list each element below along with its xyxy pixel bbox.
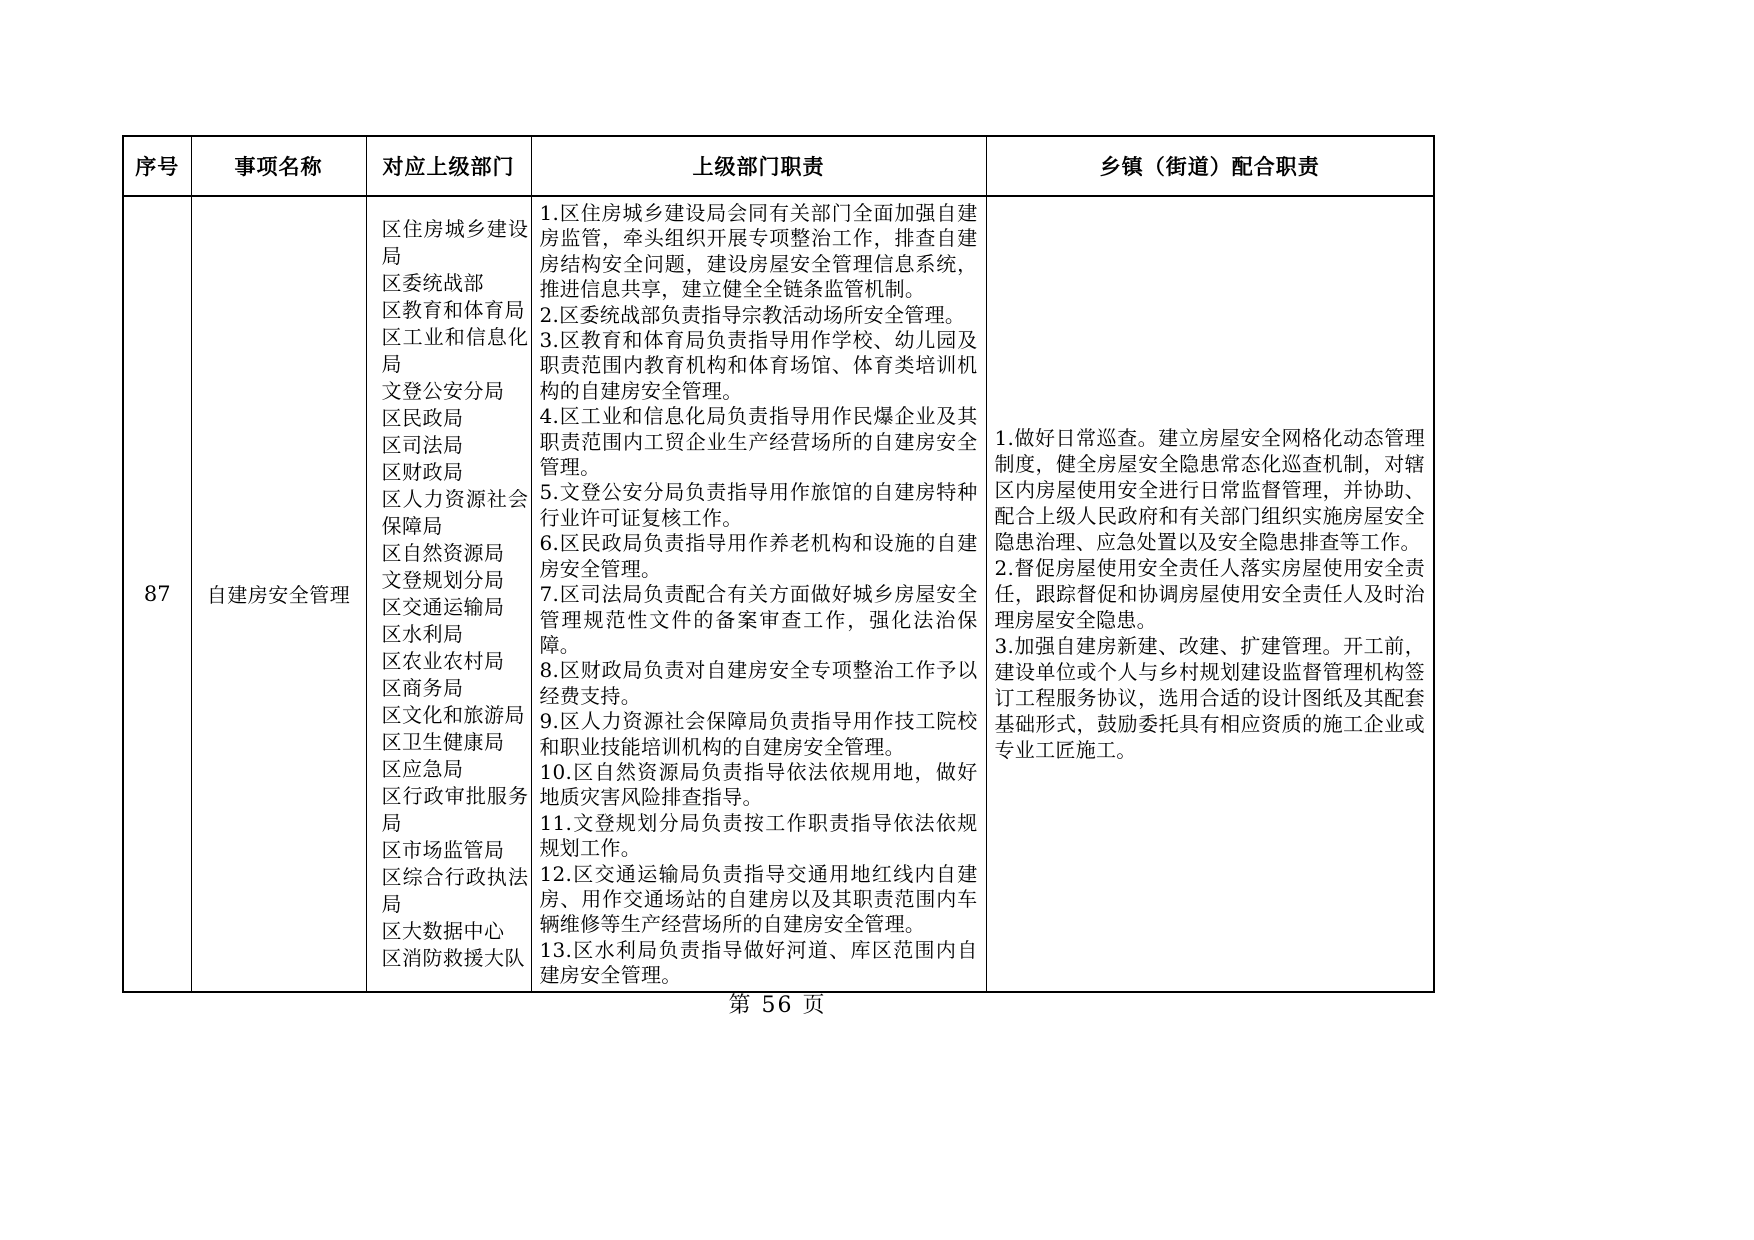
superior-duty-list: 1.区住房城乡建设局会同有关部门全面加强自建房监管，牵头组织开展专项整治工作，排… xyxy=(540,201,978,989)
header-township-duties: 乡镇（街道）配合职责 xyxy=(986,136,1434,196)
department-item: 区行政审批服务局 xyxy=(382,783,529,837)
department-item: 区财政局 xyxy=(382,459,529,486)
township-duty-item: 2.督促房屋使用安全责任人落实房屋使用安全责任，跟踪督促和协调房屋使用安全责任人… xyxy=(995,555,1426,633)
superior-duty-item: 3.区教育和体育局负责指导用作学校、幼儿园及职责范围内教育机构和体育场馆、体育类… xyxy=(540,328,978,404)
superior-duty-item: 11.文登规划分局负责按工作职责指导依法依规规划工作。 xyxy=(540,811,978,862)
header-superior-duties: 上级部门职责 xyxy=(531,136,986,196)
cell-departments: 区住房城乡建设局区委统战部区教育和体育局区工业和信息化局文登公安分局区民政局区司… xyxy=(366,196,531,992)
department-list: 区住房城乡建设局区委统战部区教育和体育局区工业和信息化局文登公安分局区民政局区司… xyxy=(382,216,529,972)
cell-item-name: 自建房安全管理 xyxy=(191,196,366,992)
department-item: 区商务局 xyxy=(382,675,529,702)
department-item: 区卫生健康局 xyxy=(382,729,529,756)
header-row: 序号 事项名称 对应上级部门 上级部门职责 乡镇（街道）配合职责 xyxy=(123,136,1434,196)
department-item: 区司法局 xyxy=(382,432,529,459)
header-superior-dept: 对应上级部门 xyxy=(366,136,531,196)
department-item: 区大数据中心 xyxy=(382,918,529,945)
superior-duty-item: 7.区司法局负责配合有关方面做好城乡房屋安全管理规范性文件的备案审查工作，强化法… xyxy=(540,582,978,658)
cell-township-duties: 1.做好日常巡查。建立房屋安全网格化动态管理制度，健全房屋安全隐患常态化巡查机制… xyxy=(986,196,1434,992)
department-item: 区市场监管局 xyxy=(382,837,529,864)
header-item-name: 事项名称 xyxy=(191,136,366,196)
superior-duty-item: 13.区水利局负责指导做好河道、库区范围内自建房安全管理。 xyxy=(540,938,978,989)
department-item: 区人力资源社会保障局 xyxy=(382,486,529,540)
superior-duty-item: 6.区民政局负责指导用作养老机构和设施的自建房安全管理。 xyxy=(540,531,978,582)
superior-duty-item: 9.区人力资源社会保障局负责指导用作技工院校和职业技能培训机构的自建房安全管理。 xyxy=(540,709,978,760)
superior-duty-item: 10.区自然资源局负责指导依法依规用地，做好地质灾害风险排查指导。 xyxy=(540,760,978,811)
department-item: 区自然资源局 xyxy=(382,540,529,567)
township-duty-item: 3.加强自建房新建、改建、扩建管理。开工前，建设单位或个人与乡村规划建设监督管理… xyxy=(995,633,1426,763)
department-item: 区民政局 xyxy=(382,405,529,432)
superior-duty-item: 12.区交通运输局负责指导交通用地红线内自建房、用作交通场站的自建房以及其职责范… xyxy=(540,862,978,938)
department-item: 区委统战部 xyxy=(382,270,529,297)
superior-duty-item: 2.区委统战部负责指导宗教活动场所安全管理。 xyxy=(540,303,978,328)
department-item: 区农业农村局 xyxy=(382,648,529,675)
page-number-text: 第 56 页 xyxy=(729,993,827,1018)
department-item: 区文化和旅游局 xyxy=(382,702,529,729)
department-item: 区交通运输局 xyxy=(382,594,529,621)
document-page: 序号 事项名称 对应上级部门 上级部门职责 乡镇（街道）配合职责 87 自建房安… xyxy=(122,135,1433,993)
township-duty-item: 1.做好日常巡查。建立房屋安全网格化动态管理制度，健全房屋安全隐患常态化巡查机制… xyxy=(995,425,1426,555)
department-item: 区消防救援大队 xyxy=(382,945,529,972)
table-row: 87 自建房安全管理 区住房城乡建设局区委统战部区教育和体育局区工业和信息化局文… xyxy=(123,196,1434,992)
department-item: 区应急局 xyxy=(382,756,529,783)
department-item: 区住房城乡建设局 xyxy=(382,216,529,270)
superior-duty-item: 4.区工业和信息化局负责指导用作民爆企业及其职责范围内工贸企业生产经营场所的自建… xyxy=(540,404,978,480)
department-item: 区水利局 xyxy=(382,621,529,648)
cell-seq: 87 xyxy=(123,196,191,992)
department-item: 区教育和体育局 xyxy=(382,297,529,324)
township-duty-list: 1.做好日常巡查。建立房屋安全网格化动态管理制度，健全房屋安全隐患常态化巡查机制… xyxy=(995,425,1426,763)
department-item: 区综合行政执法局 xyxy=(382,864,529,918)
page-footer: 第 56 页 xyxy=(122,988,1433,1019)
cell-superior-duties: 1.区住房城乡建设局会同有关部门全面加强自建房监管，牵头组织开展专项整治工作，排… xyxy=(531,196,986,992)
superior-duty-item: 8.区财政局负责对自建房安全专项整治工作予以经费支持。 xyxy=(540,658,978,709)
department-item: 文登公安分局 xyxy=(382,378,529,405)
superior-duty-item: 5.文登公安分局负责指导用作旅馆的自建房特种行业许可证复核工作。 xyxy=(540,480,978,531)
department-item: 区工业和信息化局 xyxy=(382,324,529,378)
header-seq: 序号 xyxy=(123,136,191,196)
superior-duty-item: 1.区住房城乡建设局会同有关部门全面加强自建房监管，牵头组织开展专项整治工作，排… xyxy=(540,201,978,303)
duties-table: 序号 事项名称 对应上级部门 上级部门职责 乡镇（街道）配合职责 87 自建房安… xyxy=(122,135,1435,993)
department-item: 文登规划分局 xyxy=(382,567,529,594)
